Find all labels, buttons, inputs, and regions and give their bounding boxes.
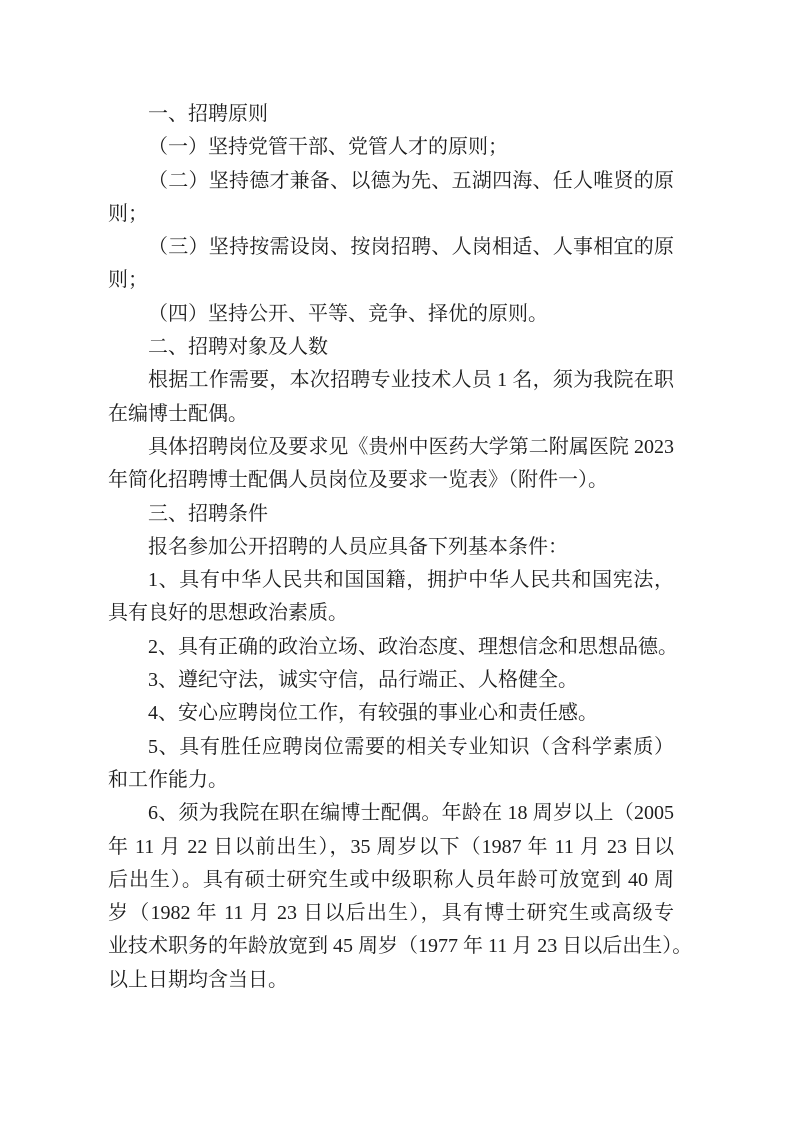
condition-6-line-3: 后出生）。具有硕士研究生或中级职称人员年龄可放宽到 40 周 xyxy=(108,864,674,897)
condition-6-line-1: 6、须为我院在职在编博士配偶。年龄在 18 周岁以上（2005 xyxy=(108,797,674,830)
document-body: 一、招聘原则（一）坚持党管干部、党管人才的原则；（二）坚持德才兼备、以德为先、五… xyxy=(108,98,674,997)
principle-4: （四）坚持公开、平等、竞争、择优的原则。 xyxy=(108,298,674,331)
condition-3: 3、遵纪守法，诚实守信，品行端正、人格健全。 xyxy=(108,664,674,697)
condition-4: 4、安心应聘岗位工作，有较强的事业心和责任感。 xyxy=(108,697,674,730)
condition-2: 2、具有正确的政治立场、政治态度、理想信念和思想品德。 xyxy=(108,631,674,664)
condition-1-line-2: 具有良好的思想政治素质。 xyxy=(108,597,674,630)
condition-6-line-2: 年 11 月 22 日以前出生），35 周岁以下（1987 年 11 月 23 … xyxy=(108,831,674,864)
principle-3-line-1: （三）坚持按需设岗、按岗招聘、人岗相适、人事相宜的原 xyxy=(108,231,674,264)
section-2-heading: 二、招聘对象及人数 xyxy=(108,331,674,364)
position-reference-line-1: 具体招聘岗位及要求见《贵州中医药大学第二附属医院 2023 xyxy=(108,431,674,464)
principle-2-line-2: 则； xyxy=(108,198,674,231)
condition-6-line-5: 业技术职务的年龄放宽到 45 周岁（1977 年 11 月 23 日以后出生）。 xyxy=(108,930,674,963)
principle-3-line-2: 则； xyxy=(108,264,674,297)
principle-2-line-1: （二）坚持德才兼备、以德为先、五湖四海、任人唯贤的原 xyxy=(108,165,674,198)
conditions-intro: 报名参加公开招聘的人员应具备下列基本条件： xyxy=(108,531,674,564)
condition-5-line-1: 5、具有胜任应聘岗位需要的相关专业知识（含科学素质） xyxy=(108,731,674,764)
position-reference-line-2: 年简化招聘博士配偶人员岗位及要求一览表》（附件一）。 xyxy=(108,464,674,497)
section-3-heading: 三、招聘条件 xyxy=(108,498,674,531)
recruit-target-count-line-2: 在编博士配偶。 xyxy=(108,398,674,431)
principle-1: （一）坚持党管干部、党管人才的原则； xyxy=(108,131,674,164)
condition-6-line-6: 以上日期均含当日。 xyxy=(108,964,674,997)
condition-1-line-1: 1、具有中华人民共和国国籍，拥护中华人民共和国宪法， xyxy=(108,564,674,597)
condition-5-line-2: 和工作能力。 xyxy=(108,764,674,797)
document-page: 一、招聘原则（一）坚持党管干部、党管人才的原则；（二）坚持德才兼备、以德为先、五… xyxy=(0,0,793,1122)
recruit-target-count-line-1: 根据工作需要，本次招聘专业技术人员 1 名，须为我院在职 xyxy=(108,364,674,397)
condition-6-line-4: 岁（1982 年 11 月 23 日以后出生），具有博士研究生或高级专 xyxy=(108,897,674,930)
section-1-heading: 一、招聘原则 xyxy=(108,98,674,131)
